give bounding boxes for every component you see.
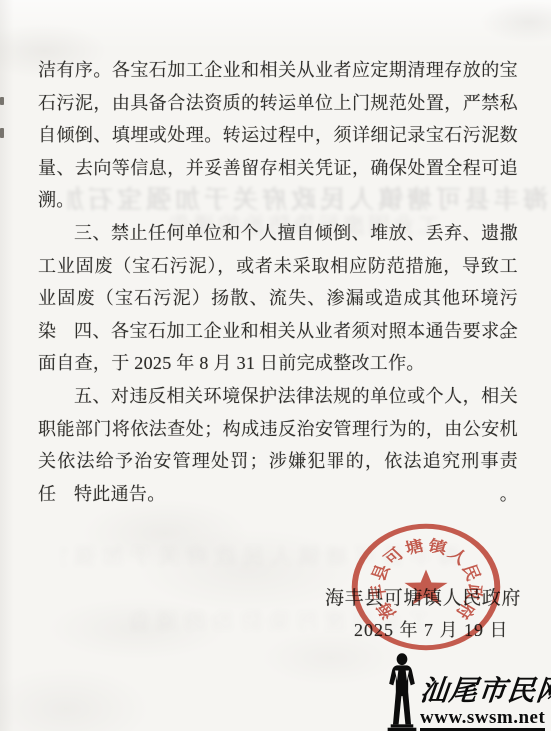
notice-line: 石污泥，由具备合法资质的转运单位上门规范处置，严禁私 xyxy=(38,87,518,120)
notice-line: 三、禁止任何单位和个人擅自倾倒、堆放、丢弃、遗撒 xyxy=(38,217,518,250)
notice-line: 面自查，于 2025 年 8 月 31 日前完成整改工作。 xyxy=(38,347,518,380)
seal-character: 人 xyxy=(444,545,471,568)
notice-line: 洁有序。各宝石加工企业和相关从业者应定期清理存放的宝 xyxy=(38,54,518,87)
notice-line: 量、去向等信息，并妥善留存相关凭证，确保处置全程可追 xyxy=(38,152,518,185)
issue-date: 2025 年 7 月 19 日 xyxy=(354,616,524,642)
notice-body: 洁有序。各宝石加工企业和相关从业者应定期清理存放的宝石污泥，由具备合法资质的转运… xyxy=(38,54,518,510)
site-watermark: 汕尾市民网 www.swsm.net xyxy=(386,650,551,731)
seal-character: 县 xyxy=(368,562,394,583)
watermark-site-name: 汕尾市民网 xyxy=(418,677,551,707)
notice-line: 业固废（宝石污泥）扬散、流失、渗漏或造成其他环境污染。 xyxy=(38,282,518,315)
seal-character: 塘 xyxy=(403,536,427,558)
notice-line: 溯。 xyxy=(38,184,518,217)
issuer-signature: 海丰县可塘镇人民政府 xyxy=(325,583,525,610)
seal-character: 民 xyxy=(458,562,484,583)
pedestal-top xyxy=(391,724,414,727)
scan-edge-mark xyxy=(0,128,4,138)
notice-line: 四、各宝石加工企业和相关从业者须对照本通告要求全 xyxy=(38,315,518,348)
watermark-text-column: 汕尾市民网 www.swsm.net xyxy=(420,677,551,731)
notice-line: 职能部门将依法查处；构成违反治安管理行为的，由公安机 xyxy=(38,413,518,446)
scanned-notice-page: 海丰县可塘镇人民政府关于加强宝石加工 工业固废污染防治的通告 海丰县可塘镇人民政… xyxy=(0,0,551,731)
bleed-through-text: 海丰县可塘镇人民政府关于加强宝石加工 xyxy=(60,540,460,571)
seal-character: 可 xyxy=(380,544,408,568)
watermark-site-url: www.swsm.net xyxy=(420,707,545,731)
seal-character: 镇 xyxy=(426,536,450,558)
person-silhouette-icon xyxy=(386,653,418,731)
notice-line: 五、对违反相关环境保护法律法规的单位或个人，相关 xyxy=(38,380,518,413)
scan-edge-mark xyxy=(0,97,4,105)
notice-line: 自倾倒、填埋或处理。转运过程中，须详细记录宝石污泥数 xyxy=(38,119,518,152)
notice-line: 关依法给予治安管理处罚；涉嫌犯罪的，依法追究刑事责任。 xyxy=(38,445,518,478)
notice-line: 工业固废（宝石污泥），或者未采取相应防范措施，导致工 xyxy=(38,250,518,283)
